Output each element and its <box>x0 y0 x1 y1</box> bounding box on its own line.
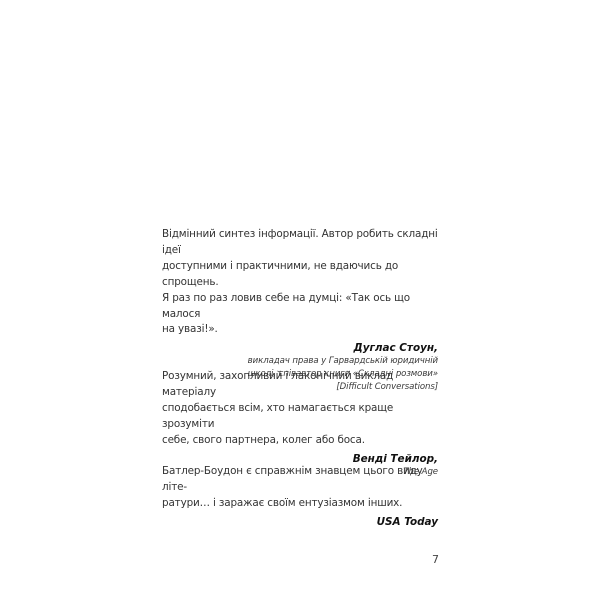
quote-line: доступними і практичними, не вдаючись до… <box>162 260 398 288</box>
quote-line: на увазі!». <box>162 323 218 335</box>
review-author: Дуглас Стоун, <box>162 341 438 355</box>
description-line: викладач права у Гарвардській юридичній <box>248 356 438 366</box>
review-quote: Відмінний синтез інформації. Автор робит… <box>162 227 438 338</box>
review-author: USA Today <box>162 515 438 529</box>
quote-line: Батлер-Боудон є справжнім знавцем цього … <box>162 465 423 493</box>
quote-line: сподобається всім, хто намагається краще… <box>162 402 393 430</box>
review-quote: Батлер-Боудон є справжнім знавцем цього … <box>162 464 438 512</box>
book-page: Відмінний синтез інформації. Автор робит… <box>0 0 600 600</box>
quote-line: Розумний, захопливий і лаконічний виклад… <box>162 370 393 398</box>
review-quote: Розумний, захопливий і лаконічний виклад… <box>162 369 438 449</box>
quote-line: Я раз по раз ловив себе на думці: «Так о… <box>162 292 410 320</box>
page-number: 7 <box>432 553 439 566</box>
quote-line: Відмінний синтез інформації. Автор робит… <box>162 228 438 256</box>
quote-line: ратури… і заражає своїм ентузіазмом інши… <box>162 497 402 509</box>
review-block: Розумний, захопливий і лаконічний виклад… <box>162 369 438 478</box>
review-block: Батлер-Боудон є справжнім знавцем цього … <box>162 464 438 529</box>
quote-line: себе, свого партнера, колег або боса. <box>162 434 365 446</box>
